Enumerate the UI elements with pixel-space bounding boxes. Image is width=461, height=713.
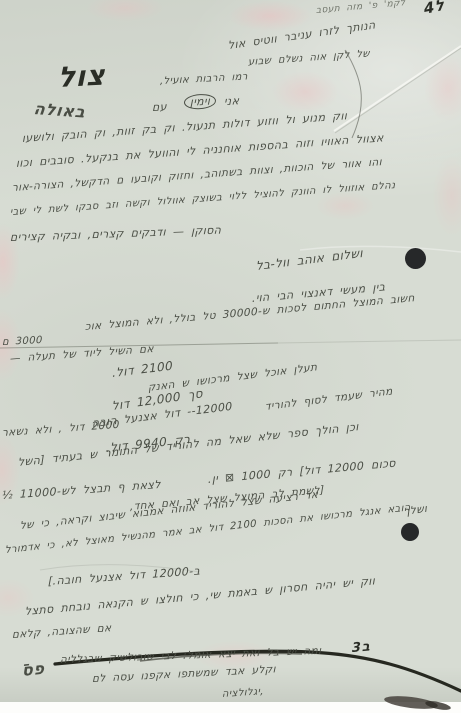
handwritten-line: ושלום אוהב וול-בל	[256, 247, 364, 272]
handwritten-line: לצאת ף תבצל לש-11000 ½	[2, 479, 161, 501]
handwritten-line: אם שהצובה, קלאם	[12, 623, 111, 640]
handwritten-line: של לקן אוה נשלם שבוע	[248, 49, 370, 68]
handwritten-line: רמו הרבות אועיל,	[160, 72, 248, 87]
handwritten-line: ל4	[423, 0, 446, 17]
handwritten-line: עם	[152, 101, 167, 113]
handwritten-line: הסוקן — ודבקים קצרים, ובקיה קצירים	[10, 225, 222, 243]
handwritten-line: הנותך לזרו עניבר ווטיס אול	[228, 19, 376, 51]
ink-blot	[405, 248, 426, 269]
handwritten-line: צול	[58, 61, 106, 92]
handwritten-line: לקמ' פ' מזה תעסב	[316, 0, 406, 16]
handwritten-line: ,יגלולציה	[222, 687, 264, 700]
handwritten-line: 2100 דול.	[112, 360, 174, 379]
ink-blot	[401, 523, 419, 541]
handwritten-line: תעלן אוכל שצל מרכושו ש האנק	[148, 362, 318, 393]
handwritten-line: 3000 ם	[2, 336, 43, 348]
handwritten-line: וקלע אבד שמשתפו אקפנו עסה לם	[92, 664, 276, 684]
handwritten-line: ב3	[352, 640, 371, 655]
handwritten-line: ומה יש בל ואת יצא אומל: לבי שובולשיק שבג…	[60, 646, 322, 666]
handwritten-line: מהיר שעמד לסוף להוריד	[265, 386, 393, 412]
handwritten-line: חשוב המוצל החתום לסכות ש-30000 טל בולל, …	[85, 293, 415, 332]
handwritten-line: פסֿ	[22, 661, 45, 679]
handwriting-layer: ל4לקמ' פ' מזה תעסבהנותך לזרו עניבר ווטיס…	[0, 0, 461, 713]
circled-word: וימין	[184, 93, 217, 110]
handwritten-line: אם השיל ליוד של תעלה —	[10, 344, 154, 365]
handwritten-line: סכום 12000 דול] רק 1000 ⊠ ין.	[208, 458, 396, 485]
handwritten-line: אני	[224, 95, 240, 107]
scanned-letter: ל4לקמ' פ' מזה תעסבהנותך לזרו עניבר ווטיס…	[0, 0, 461, 713]
handwritten-line: ב-12000 דול אצנעל חובה.]	[48, 565, 200, 587]
handwritten-line: באולה	[33, 101, 87, 120]
handwritten-line: 2000 דול , ולא נשאר	[2, 420, 120, 439]
